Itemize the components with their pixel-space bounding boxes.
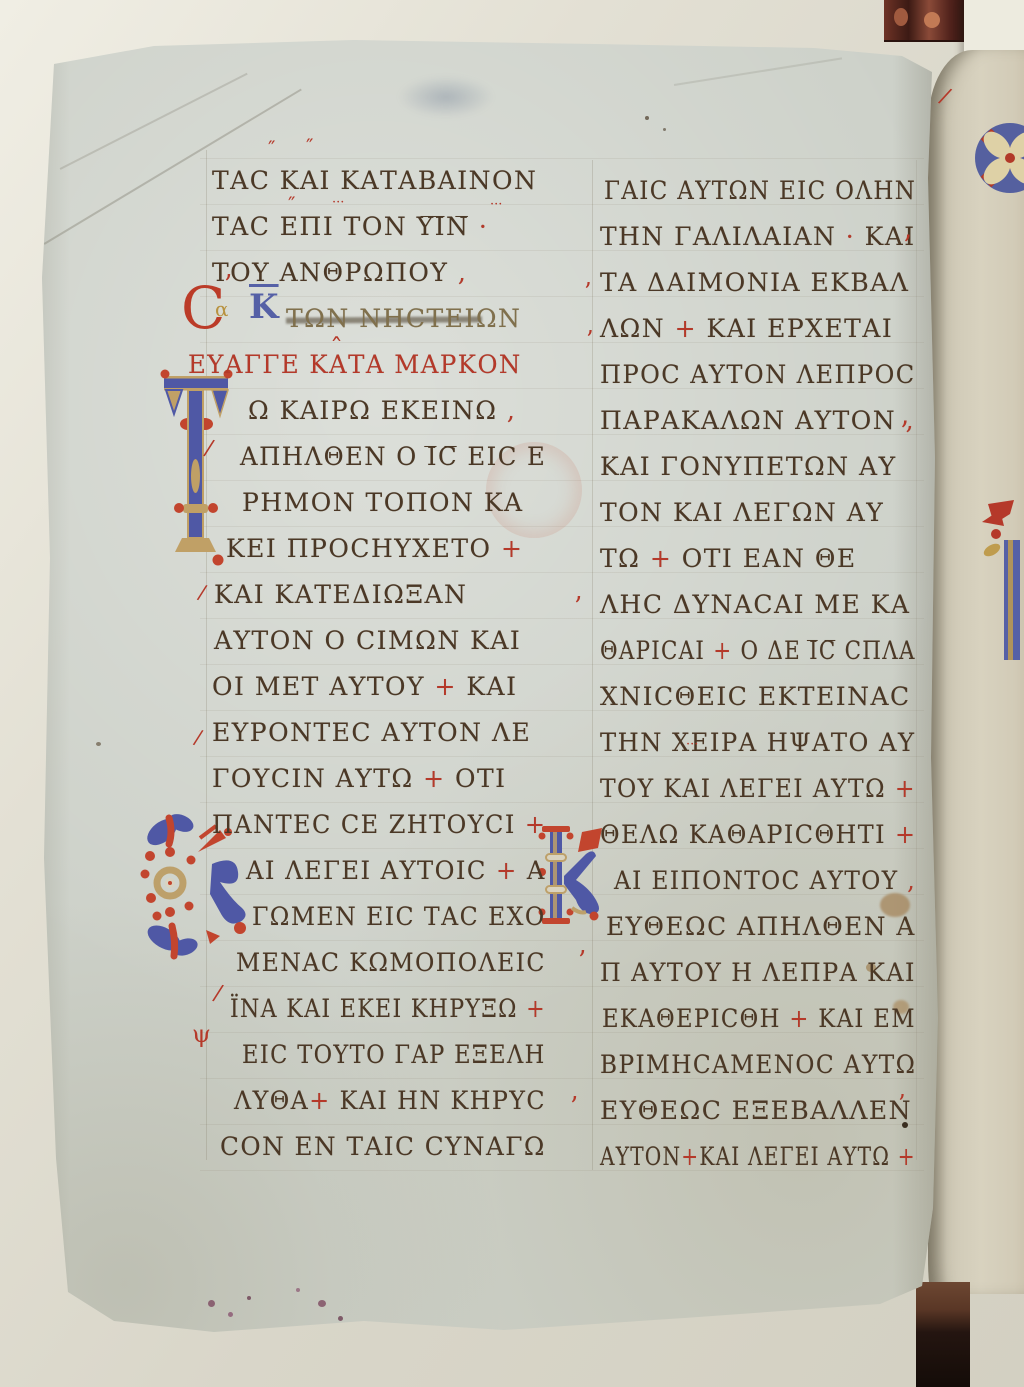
text-segment: ΚΑΙ ΗΝ ΚΗΡΥϹ xyxy=(331,1086,546,1115)
text-segment: ΑΙ ΕΙΠΟΝΤΟϹ ΑΥΤΟΥ xyxy=(614,866,898,895)
text-segment: ΠΑΡΑΚΑΛΩΝ ΑΥΤΟΝ xyxy=(600,406,896,435)
text-line: ΓΩΜΕΝ ΕΙϹ ΤΑϹ ΕΧΟ xyxy=(252,902,546,931)
text-segment: Ο ΔΕ Ι̅Ϲ̅ ϹΠΛΑ xyxy=(741,636,916,665)
pigment-dot xyxy=(296,1288,300,1292)
margin-mark: ··· xyxy=(332,196,344,209)
rubric-numeral-kappa: Κ xyxy=(249,290,279,324)
text-segment: + xyxy=(705,636,740,665)
text-segment: ΕΙϹ ΤΟΥΤΟ ΓΑΡ ΕΞΕΛΗ xyxy=(242,1040,546,1069)
text-line: ΤΩΝ ΝΗϹΤΕΙΩΝ xyxy=(286,304,521,333)
ruling-vertical xyxy=(916,160,917,1160)
text-segment: + xyxy=(425,672,466,701)
text-line: ΘΑΡΙϹΑΙ + Ο ΔΕ Ι̅Ϲ̅ ϹΠΛΑ xyxy=(600,636,916,665)
text-line: ϹΟΝ ΕΝ ΤΑΙϹ ϹΥΝΑΓΩ xyxy=(220,1132,546,1161)
text-segment: + xyxy=(640,544,681,573)
text-line: ΑΥΤΟΝ Ο ϹΙΜΩΝ ΚΑΙ xyxy=(214,626,521,655)
margin-mark: ’ xyxy=(224,272,232,298)
text-line: ΘΕΛΩ ΚΑΘΑΡΙϹΘΗΤΙ + xyxy=(600,820,916,849)
text-segment: ϹΟΝ ΕΝ ΤΑΙϹ ϹΥΝΑΓΩ xyxy=(220,1132,546,1161)
text-line: ΕΥΘΕΩϹ ΕΞΕΒΑΛΛΕΝ xyxy=(600,1096,912,1125)
text-segment: ΛΥΘΑ xyxy=(234,1086,309,1115)
margin-mark: ’ xyxy=(584,280,592,304)
text-line: ΪΝΑ ΚΑΙ ΕΚΕΙ ΚΗΡΥΞΩ + xyxy=(230,994,546,1023)
text-line: ΚΕΙ ΠΡΟϹΗΥΧΕΤΟ + xyxy=(226,534,523,563)
text-line: ΡΗΜΟΝ ΤΟΠΟΝ ΚΑ xyxy=(242,488,524,517)
speck xyxy=(96,742,101,746)
text-line: ΠΡΟϹ ΑΥΤΟΝ ΛΕΠΡΟϹ xyxy=(600,360,916,389)
text-segment: ΠΑΝΤΕϹ ϹΕ ΖΗΤΟΥϹΙ xyxy=(212,810,516,839)
text-segment: ΘΑΡΙϹΑΙ xyxy=(600,636,705,665)
margin-mark: ’ xyxy=(578,948,586,974)
text-segment: ΤΩ xyxy=(600,544,640,573)
text-segment: Ω ΚΑΙΡΩ ΕΚΕΙΝΩ xyxy=(248,396,497,425)
text-segment: · xyxy=(469,212,488,241)
margin-mark: ’ xyxy=(574,594,582,620)
text-line: Ω ΚΑΙΡΩ ΕΚΕΙΝΩ , xyxy=(248,396,516,425)
headband-knot xyxy=(894,8,908,26)
text-segment: ΑΠΗΛΘΕΝ Ο Ι̅Ϲ̅ ΕΙϹ Ε xyxy=(240,442,546,471)
text-segment: ΕΥΑΓΓΕ ΚΑΤΑ ΜΑΡΚΟΝ xyxy=(188,350,522,379)
text-line: ΕΥΡΟΝΤΕϹ ΑΥΤΟΝ ΛΕ xyxy=(212,718,531,747)
text-line: ΛΗϹ ΔΥΝΑϹΑΙ ΜΕ ΚΑ xyxy=(600,590,910,619)
text-segment: ΚΑΙ ΚΑΤΕΔΙΩΞΑΝ xyxy=(214,580,467,609)
speck xyxy=(663,128,666,131)
text-line: ΕΥΘΕΩϹ ΑΠΗΛΘΕΝ Α xyxy=(606,912,916,941)
text-line: ΑΥΤΟΝ+ΚΑΙ ΛΕΓΕΙ ΑΥΤΩ + xyxy=(600,1142,916,1171)
text-segment: ΤΩΝ ΝΗϹΤΕΙΩΝ xyxy=(286,304,521,333)
text-segment: ΜΕΝΑϹ ΚΩΜΟΠΟΛΕΙϹ xyxy=(236,948,546,977)
text-line: ΓΟΥϹΙΝ ΑΥΤΩ + ΟΤΙ xyxy=(212,764,507,793)
text-segment: , xyxy=(448,258,467,287)
margin-mark: ’ xyxy=(900,418,909,446)
pigment-dot xyxy=(318,1300,326,1307)
initial-kappa-right-ornament xyxy=(538,824,608,926)
text-line: ΑΙ ΛΕΓΕΙ ΑΥΤΟΙϹ + Α xyxy=(246,856,546,885)
manuscript-photo: Ϲ α Κ xyxy=(0,0,1024,1387)
text-segment: + xyxy=(492,534,524,563)
parchment-crease xyxy=(674,57,842,85)
text-segment: + xyxy=(516,810,547,839)
margin-mark: ’ xyxy=(586,328,594,352)
text-segment: ΪΝΑ ΚΑΙ ΕΚΕΙ ΚΗΡΥΞΩ xyxy=(230,994,518,1023)
margin-mark: ··· xyxy=(490,198,502,211)
text-segment: ΕΥΘΕΩϹ ΕΞΕΒΑΛΛΕΝ xyxy=(600,1096,912,1125)
partial-initial-facing-page xyxy=(980,498,1024,673)
text-segment: ΛΗϹ ΔΥΝΑϹΑΙ ΜΕ ΚΑ xyxy=(600,590,910,619)
text-line: ΤΟΥ ΚΑΙ ΛΕΓΕΙ ΑΥΤΩ + xyxy=(600,774,916,803)
book-spine-headband xyxy=(884,0,966,42)
speck xyxy=(645,116,649,120)
text-line: ΜΕΝΑϹ ΚΩΜΟΠΟΛΕΙϹ xyxy=(236,948,546,977)
text-line: ΤΗΝ ΓΑΛΙΛΑΙΑΝ · ΚΑΙ xyxy=(600,222,916,251)
text-segment: ΓΟΥϹΙΝ ΑΥΤΩ xyxy=(212,764,414,793)
text-segment: ΘΕΛΩ ΚΑΘΑΡΙϹΘΗΤΙ xyxy=(600,820,886,849)
text-segment: ΤΗΝ ΓΑΛΙΛΑΙΑΝ xyxy=(600,222,836,251)
text-segment: + xyxy=(487,856,527,885)
text-segment: ΑΥΤΟΝ xyxy=(600,1142,681,1171)
text-line: ΛΥΘΑ+ ΚΑΙ ΗΝ ΚΗΡΥϹ xyxy=(234,1086,546,1115)
margin-mark: ″ xyxy=(306,136,313,156)
text-line: ΚΑΙ ΓΟΝΥΠΕΤΩΝ ΑΥ xyxy=(600,452,897,481)
text-segment: ΕΥΡΟΝΤΕϹ ΑΥΤΟΝ ΛΕ xyxy=(212,718,531,747)
text-segment: + xyxy=(665,314,706,343)
text-segment: ΚΑΙ ΕΜ xyxy=(818,1004,916,1033)
text-line: ΟΙ ΜΕΤ ΑΥΤΟΥ + ΚΑΙ xyxy=(212,672,517,701)
text-segment: ΛΩΝ xyxy=(600,314,665,343)
text-line: ΕΙϹ ΤΟΥΤΟ ΓΑΡ ΕΞΕΛΗ xyxy=(242,1040,546,1069)
text-line: ΤΩ + ΟΤΙ ΕΑΝ ΘΕ xyxy=(600,544,857,573)
ink-bleed-smudge xyxy=(398,76,494,118)
text-segment: ΚΑΙ ΓΟΝΥΠΕΤΩΝ ΑΥ xyxy=(600,452,897,481)
margin-mark: ″ xyxy=(268,138,275,158)
text-segment: ΑΥΤΟΝ Ο ϹΙΜΩΝ ΚΑΙ xyxy=(214,626,521,655)
pigment-dot xyxy=(338,1316,343,1321)
text-line: ΤΑϹ ΕΠΙ ΤΟΝ Υ̅Ι̅Ν̅ · xyxy=(212,212,488,241)
text-segment: ΟΤΙ ΕΑΝ ΘΕ xyxy=(682,544,857,573)
text-line: ΛΩΝ + ΚΑΙ ΕΡΧΕΤΑΙ xyxy=(600,314,893,343)
text-line: ΓΑΙϹ ΑΥΤΩΝ ΕΙϹ ΟΛΗΝ xyxy=(604,176,916,205)
text-segment: ΕΥΘΕΩϹ ΑΠΗΛΘΕΝ Α xyxy=(606,912,916,941)
text-segment: ΒΡΙΜΗϹΑΜΕΝΟϹ ΑΥΤΩ xyxy=(600,1050,916,1079)
text-segment: ΠΡΟϹ ΑΥΤΟΝ ΛΕΠΡΟϹ xyxy=(600,360,916,389)
margin-mark: ’ xyxy=(898,1092,906,1116)
text-segment: ΓΩΜΕΝ ΕΙϹ ΤΑϹ ΕΧΟ xyxy=(252,902,546,931)
text-line: ΤΟΝ ΚΑΙ ΛΕΓΩΝ ΑΥ xyxy=(600,498,884,527)
margin-mark: ″ xyxy=(288,194,295,214)
text-segment: ΟΤΙ xyxy=(455,764,507,793)
text-segment: ΚΑΙ xyxy=(466,672,517,701)
text-segment: , xyxy=(898,866,916,895)
text-segment: , xyxy=(497,396,516,425)
text-line: ΧΝΙϹΘΕΙϹ ΕΚΤΕΙΝΑϹ xyxy=(600,682,911,711)
margin-mark: ’ xyxy=(570,1094,578,1120)
text-segment: ΤΑϹ ΕΠΙ ΤΟΝ Υ̅Ι̅Ν̅ xyxy=(212,212,469,241)
pigment-dot xyxy=(247,1296,251,1300)
text-segment: ΚΑΙ ΕΡΧΕΤΑΙ xyxy=(707,314,894,343)
text-line: ΠΑΝΤΕϹ ϹΕ ΖΗΤΟΥϹΙ + xyxy=(212,810,546,839)
text-segment: ΤΟΥ ΑΝΘΡΩΠΟΥ xyxy=(212,258,448,287)
text-segment: + xyxy=(886,820,916,849)
text-segment: Π ΑΥΤΟΥ Η ΛΕΠΡΑ ΚΑΙ xyxy=(600,958,916,987)
quatrefoil-medallion-ornament xyxy=(966,118,1024,200)
text-line: ΠΑΡΑΚΑΛΩΝ ΑΥΤΟΝ , xyxy=(600,406,915,435)
text-line: ΕΥΑΓΓΕ ΚΑΤΑ ΜΑΡΚΟΝ xyxy=(188,350,522,379)
text-segment: ΚΕΙ ΠΡΟϹΗΥΧΕΤΟ xyxy=(226,534,492,563)
text-line: Π ΑΥΤΟΥ Η ΛΕΠΡΑ ΚΑΙ xyxy=(600,958,916,987)
text-segment: ΓΑΙϹ ΑΥΤΩΝ ΕΙϹ ΟΛΗΝ xyxy=(604,176,916,205)
parchment-crease xyxy=(60,73,248,170)
text-segment: + xyxy=(518,994,546,1023)
text-segment: ΚΑΙ ΛΕΓΕΙ ΑΥΤΩ xyxy=(699,1142,890,1171)
text-line: ΤΑϹ ΚΑΙ ΚΑΤΑΒΑΙΝΟΝ xyxy=(212,166,537,195)
text-segment: + xyxy=(414,764,455,793)
text-segment: ΑΙ ΛΕΓΕΙ ΑΥΤΟΙϹ xyxy=(246,856,487,885)
margin-mark: ψ xyxy=(192,1022,211,1046)
text-line: ΑΙ ΕΙΠΟΝΤΟϹ ΑΥΤΟΥ , xyxy=(614,866,916,895)
text-segment: ΕΚΑΘΕΡΙϹΘΗ xyxy=(602,1004,781,1033)
text-segment: + xyxy=(309,1086,330,1115)
text-segment: ΤΑϹ ΚΑΙ ΚΑΤΑΒΑΙΝΟΝ xyxy=(212,166,537,195)
text-segment: Α xyxy=(527,856,546,885)
pigment-dot xyxy=(228,1312,233,1317)
text-segment: + xyxy=(886,774,916,803)
text-segment: ΤΑ ΔΑΙΜΟΝΙΑ ΕΚΒΑΛ xyxy=(600,268,909,297)
initial-tau-ornament xyxy=(158,368,236,568)
text-line: ΒΡΙΜΗϹΑΜΕΝΟϹ ΑΥΤΩ xyxy=(600,1050,916,1079)
text-line: ΤΑ ΔΑΙΜΟΝΙΑ ΕΚΒΑΛ xyxy=(600,268,909,297)
text-segment: · xyxy=(836,222,864,251)
text-line: ΚΑΙ ΚΑΤΕΔΙΩΞΑΝ xyxy=(214,580,467,609)
binding-strip xyxy=(916,1282,970,1387)
ruling-vertical xyxy=(592,160,593,1170)
text-line: ΤΟΥ ΑΝΘΡΩΠΟΥ , xyxy=(212,258,467,287)
text-segment: + xyxy=(781,1004,819,1033)
text-line: ΑΠΗΛΘΕΝ Ο Ι̅Ϲ̅ ΕΙϹ Ε xyxy=(240,442,546,471)
margin-mark: ··· xyxy=(686,738,698,751)
rubric-superscript-alpha: α xyxy=(215,299,229,319)
text-line: ΤΗΝ ΧΕΙΡΑ ΗΨΑΤΟ ΑΥ xyxy=(600,728,915,757)
headband-knot xyxy=(924,12,940,28)
pigment-dot xyxy=(208,1300,215,1307)
text-segment: ΤΗΝ ΧΕΙΡΑ ΗΨΑΤΟ ΑΥ xyxy=(600,728,915,757)
text-segment: ΡΗΜΟΝ ΤΟΠΟΝ ΚΑ xyxy=(242,488,524,517)
text-segment: + xyxy=(681,1142,699,1171)
text-segment: ΧΝΙϹΘΕΙϹ ΕΚΤΕΙΝΑϹ xyxy=(600,682,911,711)
text-line: ΕΚΑΘΕΡΙϹΘΗ + ΚΑΙ ΕΜ xyxy=(602,1004,916,1033)
text-segment: ΟΙ ΜΕΤ ΑΥΤΟΥ xyxy=(212,672,425,701)
margin-mark: ˆ xyxy=(330,336,343,362)
text-segment: ΤΟΥ ΚΑΙ ΛΕΓΕΙ ΑΥΤΩ xyxy=(600,774,886,803)
margin-mark: ’ xyxy=(903,232,912,260)
text-segment: + xyxy=(890,1142,916,1171)
text-segment: ΤΟΝ ΚΑΙ ΛΕΓΩΝ ΑΥ xyxy=(600,498,884,527)
